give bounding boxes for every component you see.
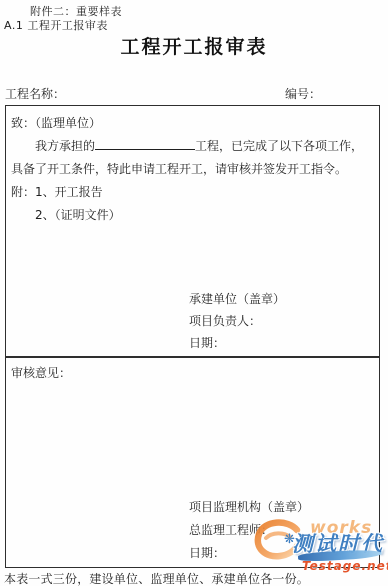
contractor-signature-block: 承建单位（盖章） 项目负责人： 日期： [189, 288, 285, 354]
section-label: A.1 工程开工报审表 [4, 17, 108, 33]
attachment-item-2: 2、（证明文件） [35, 204, 374, 227]
scanned-form-page: 附件二：重要样表 A.1 工程开工报审表 工程开工报审表 工程名称： 编号： 致… [0, 0, 388, 586]
attachments-label: 附： [11, 185, 35, 199]
contractor-date-label: 日期： [189, 332, 285, 354]
application-section: 致：（监理单位） 我方承担的工程，已完成了以下各项工作，具备了开工条件，特此申请… [5, 105, 380, 357]
body-text-before-blank: 我方承担的 [35, 139, 95, 153]
project-name-label: 工程名称： [5, 85, 65, 102]
supervisor-signature-block: 项目监理机构（盖章） 总监理工程师： 日期： [189, 496, 309, 565]
supervision-org-seal-label: 项目监理机构（盖章） [189, 496, 309, 519]
form-title: 工程开工报审表 [0, 32, 388, 59]
attachment-1-text: 1、开工报告 [35, 185, 103, 199]
addressee-line: 致：（监理单位） [11, 112, 374, 135]
attachment-item-1: 附：1、开工报告 [11, 181, 374, 204]
review-date-label: 日期： [189, 542, 309, 565]
review-section: 审核意见： 项目监理机构（盖章） 总监理工程师： 日期： [5, 357, 380, 568]
contractor-unit-seal-label: 承建单位（盖章） [189, 288, 285, 310]
project-leader-label: 项目负责人： [189, 310, 285, 332]
application-body: 我方承担的工程，已完成了以下各项工作，具备了开工条件，特此申请工程开工，请审核并… [11, 135, 374, 181]
chief-engineer-label: 总监理工程师： [189, 519, 309, 542]
footer-note: 本表一式三份，建设单位、监理单位、承建单位各一份。 [4, 570, 309, 586]
serial-number-label: 编号： [285, 85, 321, 102]
review-opinion-label: 审核意见： [11, 362, 374, 385]
project-name-blank [95, 137, 195, 150]
